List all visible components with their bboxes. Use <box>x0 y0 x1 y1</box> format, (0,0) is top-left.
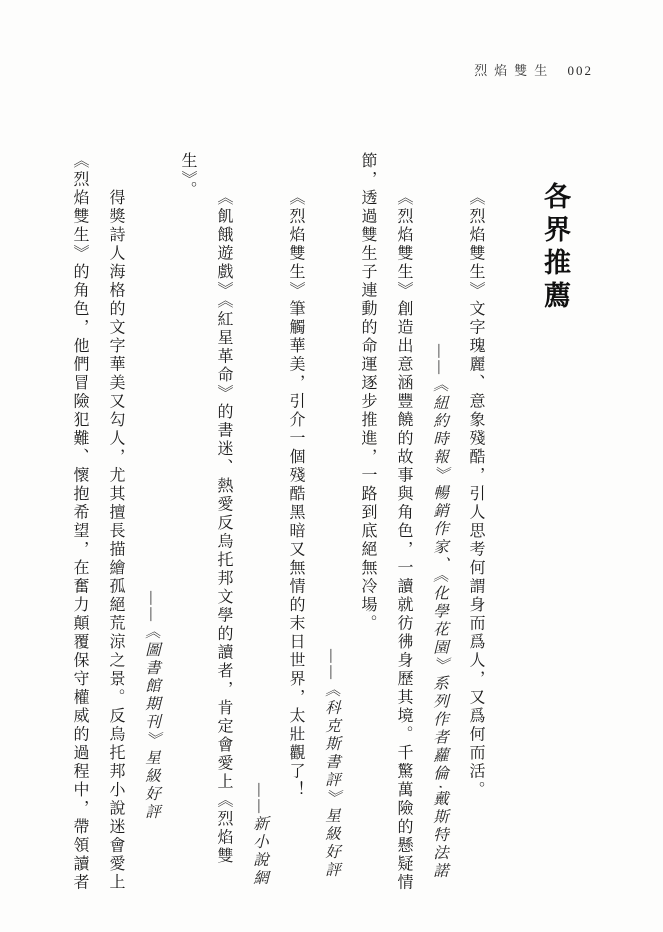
attribution-libraryjournal: ——《圖書館期刊》星級好評 <box>133 152 169 894</box>
quote-kirkus: 《烈焰雙生》創造出意涵豐饒的故事與角色，一讀就彷彿身歷其境。千驚萬險的懸疑情節，… <box>349 152 421 894</box>
header-page-number: 002 <box>568 63 594 78</box>
quote-poet-haig: 得獎詩人海格的文字華美又勾人，尤其擅長描繪孤絕荒涼之景。反烏托邦小說迷會愛上《烈… <box>61 152 133 894</box>
quote-libraryjournal: 《飢餓遊戲》《紅星革命》的書迷、熱愛反烏托邦文學的讀者，肯定會愛上《烈焰雙生》。 <box>169 152 241 894</box>
running-header: 烈焰雙生 002 <box>474 60 593 79</box>
book-page: 烈焰雙生 002 各界推薦 《烈焰雙生》文字瑰麗、意象殘酷，引人思考何謂身而爲人… <box>0 0 663 932</box>
quote-nyt: 《烈焰雙生》文字瑰麗、意象殘酷，引人思考何謂身而爲人，又爲何而活。 <box>457 152 493 894</box>
quote-newnovelnet: 《烈焰雙生》筆觸華美，引介一個殘酷黑暗又無情的末日世界，太壯觀了！ <box>277 152 313 894</box>
section-title: 各界推薦 <box>533 152 577 894</box>
recommendations-section: 各界推薦 《烈焰雙生》文字瑰麗、意象殘酷，引人思考何謂身而爲人，又爲何而活。 —… <box>61 152 577 894</box>
header-book-title: 烈焰雙生 <box>474 63 554 78</box>
attribution-newnovelnet: ——新小說網 <box>241 152 277 894</box>
attribution-nyt: ——《紐約時報》暢銷作家、《化學花園》系列作者蘿倫‧戴斯特法諾 <box>421 152 457 894</box>
attribution-kirkus: ——《科克斯書評》星級好評 <box>313 152 349 894</box>
